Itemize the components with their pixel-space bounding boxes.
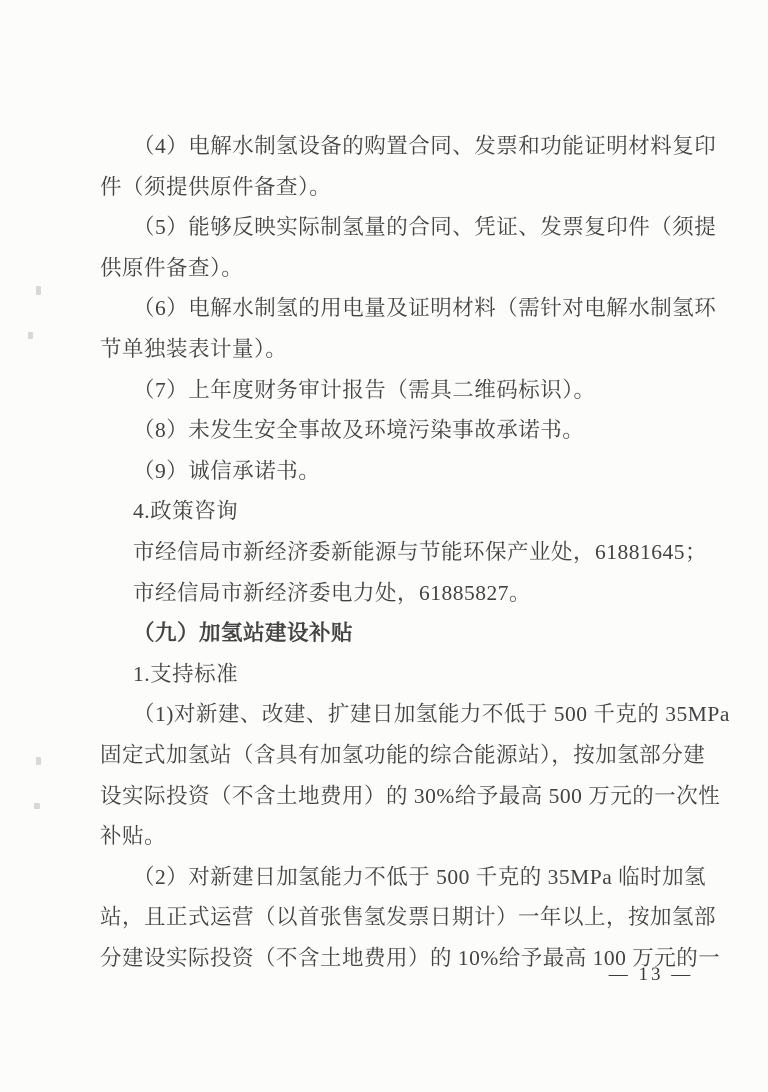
text-line: 固定式加氢站（含具有加氢功能的综合能源站），按加氢部分建 bbox=[100, 735, 716, 776]
text-line: （1)对新建、改建、扩建日加氢能力不低于 500 千克的 35MPa bbox=[100, 694, 716, 735]
text-line: （2）对新建日加氢能力不低于 500 千克的 35MPa 临时加氢 bbox=[100, 857, 716, 898]
scan-speck bbox=[34, 803, 40, 809]
text-line: 1.支持标准 bbox=[100, 654, 716, 695]
text-line: 供原件备查）。 bbox=[100, 248, 716, 289]
text-line: （6）电解水制氢的用电量及证明材料（需针对电解水制氢环 bbox=[100, 288, 716, 329]
text-line: 4.政策咨询 bbox=[100, 491, 716, 532]
text-line: （5）能够反映实际制氢量的合同、凭证、发票复印件（须提 bbox=[100, 207, 716, 248]
scan-speck bbox=[28, 332, 33, 339]
text-line: 补贴。 bbox=[100, 816, 716, 857]
text-line: （7）上年度财务审计报告（需具二维码标识）。 bbox=[100, 370, 716, 411]
text-line: （8）未发生安全事故及环境污染事故承诺书。 bbox=[100, 410, 716, 451]
document-body: （4）电解水制氢设备的购置合同、发票和功能证明材料复印 件（须提供原件备查）。 … bbox=[100, 126, 716, 978]
text-line: 站，且正式运营（以首张售氢发票日期计）一年以上，按加氢部 bbox=[100, 897, 716, 938]
page-number: — 13 — bbox=[606, 964, 696, 986]
text-line: 节单独装表计量）。 bbox=[100, 329, 716, 370]
text-line: （4）电解水制氢设备的购置合同、发票和功能证明材料复印 bbox=[100, 126, 716, 167]
text-line: 件（须提供原件备查）。 bbox=[100, 167, 716, 208]
text-line: （9）诚信承诺书。 bbox=[100, 451, 716, 492]
scan-speck bbox=[36, 286, 41, 295]
section-heading: （九）加氢站建设补贴 bbox=[100, 613, 716, 654]
text-line: 市经信局市新经济委电力处，61885827。 bbox=[100, 573, 716, 614]
scan-speck bbox=[36, 757, 41, 765]
text-line: 设实际投资（不含土地费用）的 30%给予最高 500 万元的一次性 bbox=[100, 776, 716, 817]
document-page: （4）电解水制氢设备的购置合同、发票和功能证明材料复印 件（须提供原件备查）。 … bbox=[0, 0, 768, 1092]
text-line: 市经信局市新经济委新能源与节能环保产业处，61881645； bbox=[100, 532, 716, 573]
